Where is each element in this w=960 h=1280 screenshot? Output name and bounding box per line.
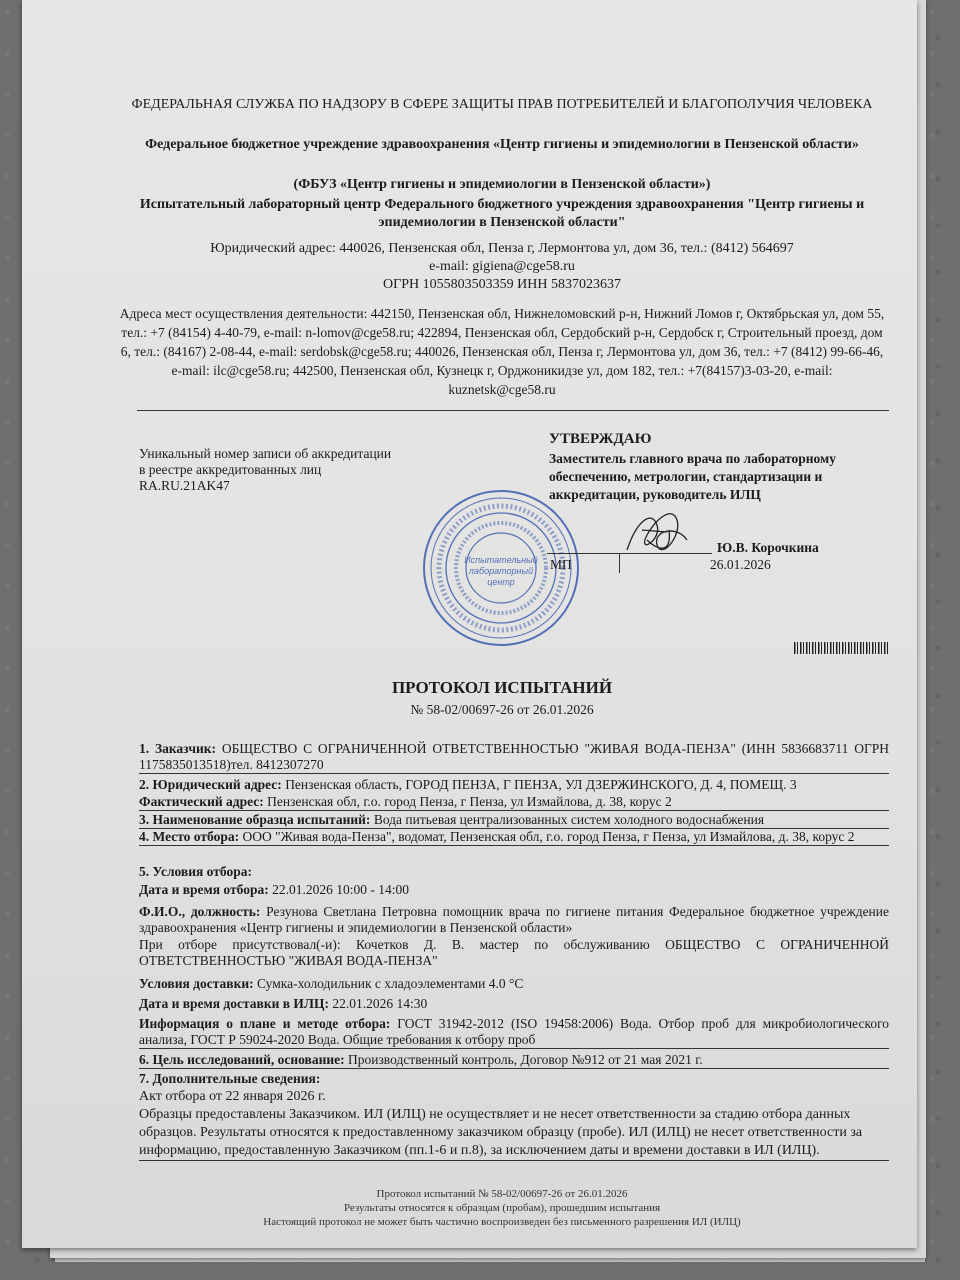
stamp-place-label: МП [550,557,572,573]
approval-date: 26.01.2026 [710,557,771,573]
footer-line3: Настоящий протокол не может быть частичн… [117,1215,887,1229]
legal-address-block: Юридический адрес: 440026, Пензенская об… [117,240,887,294]
footer-line2: Результаты относятся к образцам (пробам)… [117,1201,887,1215]
delivery-datetime-label: Дата и время доставки в ИЛЦ: [139,996,329,1011]
section-2-value: Пензенская область, ГОРОД ПЕНЗА, Г ПЕНЗА… [285,777,796,792]
section-purpose: 6. Цель исследований, основание: Произво… [139,1052,889,1069]
section-5-label: 5. Условия отбора: [139,864,252,879]
protocol-number: № 58-02/00697-26 от 26.01.2026 [117,702,887,718]
sampler-info: Ф.И.О., должность: Резунова Светлана Пет… [139,904,889,936]
approver-name: Ю.В. Корочкина [717,540,819,556]
delivery-conditions: Условия доставки: Сумка-холодильник с хл… [139,976,889,992]
sampling-datetime-value: 22.01.2026 10:00 - 14:00 [272,882,409,897]
section-6-value: Производственный контроль, Договор №912 … [348,1052,703,1067]
delivery-conditions-value: Сумка-холодильник с хладоэлементами 4.0 … [257,976,523,991]
header-divider [137,410,889,411]
section-2b-label: Фактический адрес: [139,794,264,809]
section-4-value: ООО "Живая вода-Пенза", водомат, Пензенс… [242,829,854,844]
section-sample-name: 3. Наименование образца испытаний: Вода … [139,812,889,829]
approval-block: УТВЕРЖДАЮ Заместитель главного врача по … [549,430,889,504]
delivery-datetime-value: 22.01.2026 14:30 [332,996,427,1011]
delivery-datetime: Дата и время доставки в ИЛЦ: 22.01.2026 … [139,996,889,1012]
sampler-label: Ф.И.О., должность: [139,904,260,919]
lab-name: Испытательный лабораторный центр Федерал… [117,196,887,232]
sampling-act: Акт отбора от 22 января 2026 г. [139,1088,889,1106]
signature-line [547,553,712,554]
section-sampling-conditions: 5. Условия отбора: [139,864,889,880]
signature-tick [619,553,620,573]
additional-info-text: Образцы предоставлены Заказчиком. ИЛ (ИЛ… [139,1106,889,1161]
section-1-value: ОБЩЕСТВО С ОГРАНИЧЕННОЙ ОТВЕТСТВЕННОСТЬЮ… [139,741,889,772]
protocol-title: ПРОТОКОЛ ИСПЫТАНИЙ [117,678,887,698]
accreditation-block: Уникальный номер записи об аккредитации … [139,446,439,494]
sampling-method-label: Информация о плане и методе отбора: [139,1016,390,1031]
legal-address: Юридический адрес: 440026, Пензенская об… [117,240,887,258]
institution-name: Федеральное бюджетное учреждение здравоо… [117,136,887,154]
svg-text:центр: центр [487,577,515,587]
document-page: ФЕДЕРАЛЬНАЯ СЛУЖБА ПО НАДЗОРУ В СФЕРЕ ЗА… [22,0,917,1248]
sampling-method: Информация о плане и методе отбора: ГОСТ… [139,1016,889,1049]
sampling-datetime: Дата и время отбора: 22.01.2026 10:00 - … [139,882,889,898]
svg-text:лабораторный: лабораторный [468,566,533,576]
section-2-label: 2. Юридический адрес: [139,777,282,792]
section-legal-address: 2. Юридический адрес: Пензенская область… [139,777,889,793]
agency-name: ФЕДЕРАЛЬНАЯ СЛУЖБА ПО НАДЗОРУ В СФЕРЕ ЗА… [117,96,887,114]
stamp-text: Испытательный [464,555,538,565]
section-1-label: 1. Заказчик: [139,741,216,756]
delivery-conditions-label: Условия доставки: [139,976,254,991]
section-additional-info: 7. Дополнительные сведения: [139,1071,889,1087]
section-customer: 1. Заказчик: ОБЩЕСТВО С ОГРАНИЧЕННОЙ ОТВ… [139,741,889,774]
section-3-value: Вода питьевая централизованных систем хо… [374,812,764,827]
sampling-datetime-label: Дата и время отбора: [139,882,269,897]
institution-short-name: (ФБУЗ «Центр гигиены и эпидемиологии в П… [117,176,887,194]
section-2b-value: Пензенская обл, г.о. город Пенза, г Пенз… [267,794,672,809]
section-sampling-place: 4. Место отбора: ООО "Живая вода-Пенза",… [139,829,889,846]
activity-addresses: Адреса мест осуществления деятельности: … [117,304,887,399]
signature-icon [617,500,697,570]
section-actual-address: Фактический адрес: Пензенская обл, г.о. … [139,794,889,811]
section-6-label: 6. Цель исследований, основание: [139,1052,345,1067]
barcode-icon [794,642,890,654]
section-4-label: 4. Место отбора: [139,829,239,844]
footer-line1: Протокол испытаний № 58-02/00697-26 от 2… [117,1187,887,1201]
section-3-label: 3. Наименование образца испытаний: [139,812,370,827]
sampling-attendees: При отборе присутствовал(-и): Кочетков Д… [139,937,889,969]
page-footer: Протокол испытаний № 58-02/00697-26 от 2… [117,1187,887,1229]
accreditation-line1: Уникальный номер записи об аккредитации [139,446,439,462]
email: e-mail: gigiena@cge58.ru [117,258,887,276]
accreditation-number: RA.RU.21AK47 [139,478,439,494]
ogrn-inn: ОГРН 1055803503359 ИНН 5837023637 [117,276,887,294]
section-7-label: 7. Дополнительные сведения: [139,1071,320,1086]
accreditation-line2: в реестре аккредитованных лиц [139,462,439,478]
approval-title: УТВЕРЖДАЮ [549,430,889,448]
approval-role: Заместитель главного врача по лабораторн… [549,450,889,504]
